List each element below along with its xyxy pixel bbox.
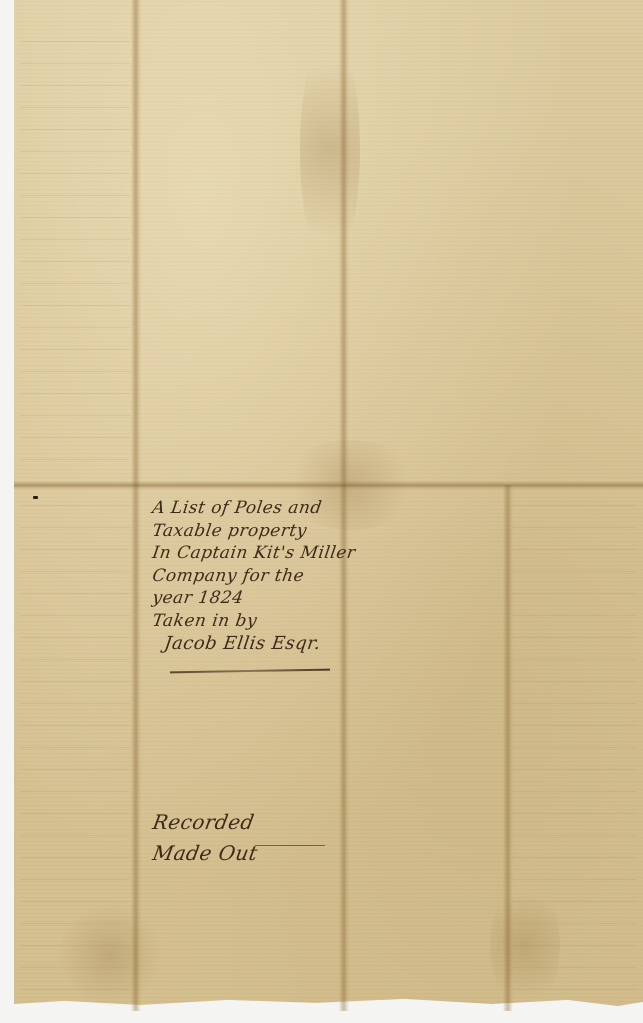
annotation-notes: Recorded Made Out: [152, 812, 257, 874]
stain: [300, 30, 360, 270]
docket-line: A List of Poles and: [150, 500, 356, 523]
docket-line: year 1824: [150, 590, 356, 613]
annotation-line: Recorded: [149, 812, 259, 843]
vertical-fold-line: [503, 485, 513, 1011]
scanned-document: A List of Poles and Taxable property In …: [0, 0, 643, 1023]
faint-ruled-lines: [20, 20, 130, 460]
stain: [60, 900, 160, 1010]
horizontal-fold-line: [14, 481, 643, 490]
annotation-line: Made Out: [149, 843, 259, 874]
docket-title: A List of Poles and Taxable property In …: [152, 500, 355, 658]
docket-line: Taxable property: [150, 523, 356, 546]
docket-line: Company for the: [150, 568, 356, 591]
stain: [490, 880, 560, 1010]
docket-line: In Captain Kit's Miller: [150, 545, 356, 568]
ink-mark: [33, 496, 38, 499]
docket-line: Taken in by: [150, 613, 356, 636]
signature: Jacob Ellis Esqr.: [150, 635, 356, 658]
annotation-rule: [255, 845, 325, 846]
vertical-fold-line: [131, 0, 141, 1011]
